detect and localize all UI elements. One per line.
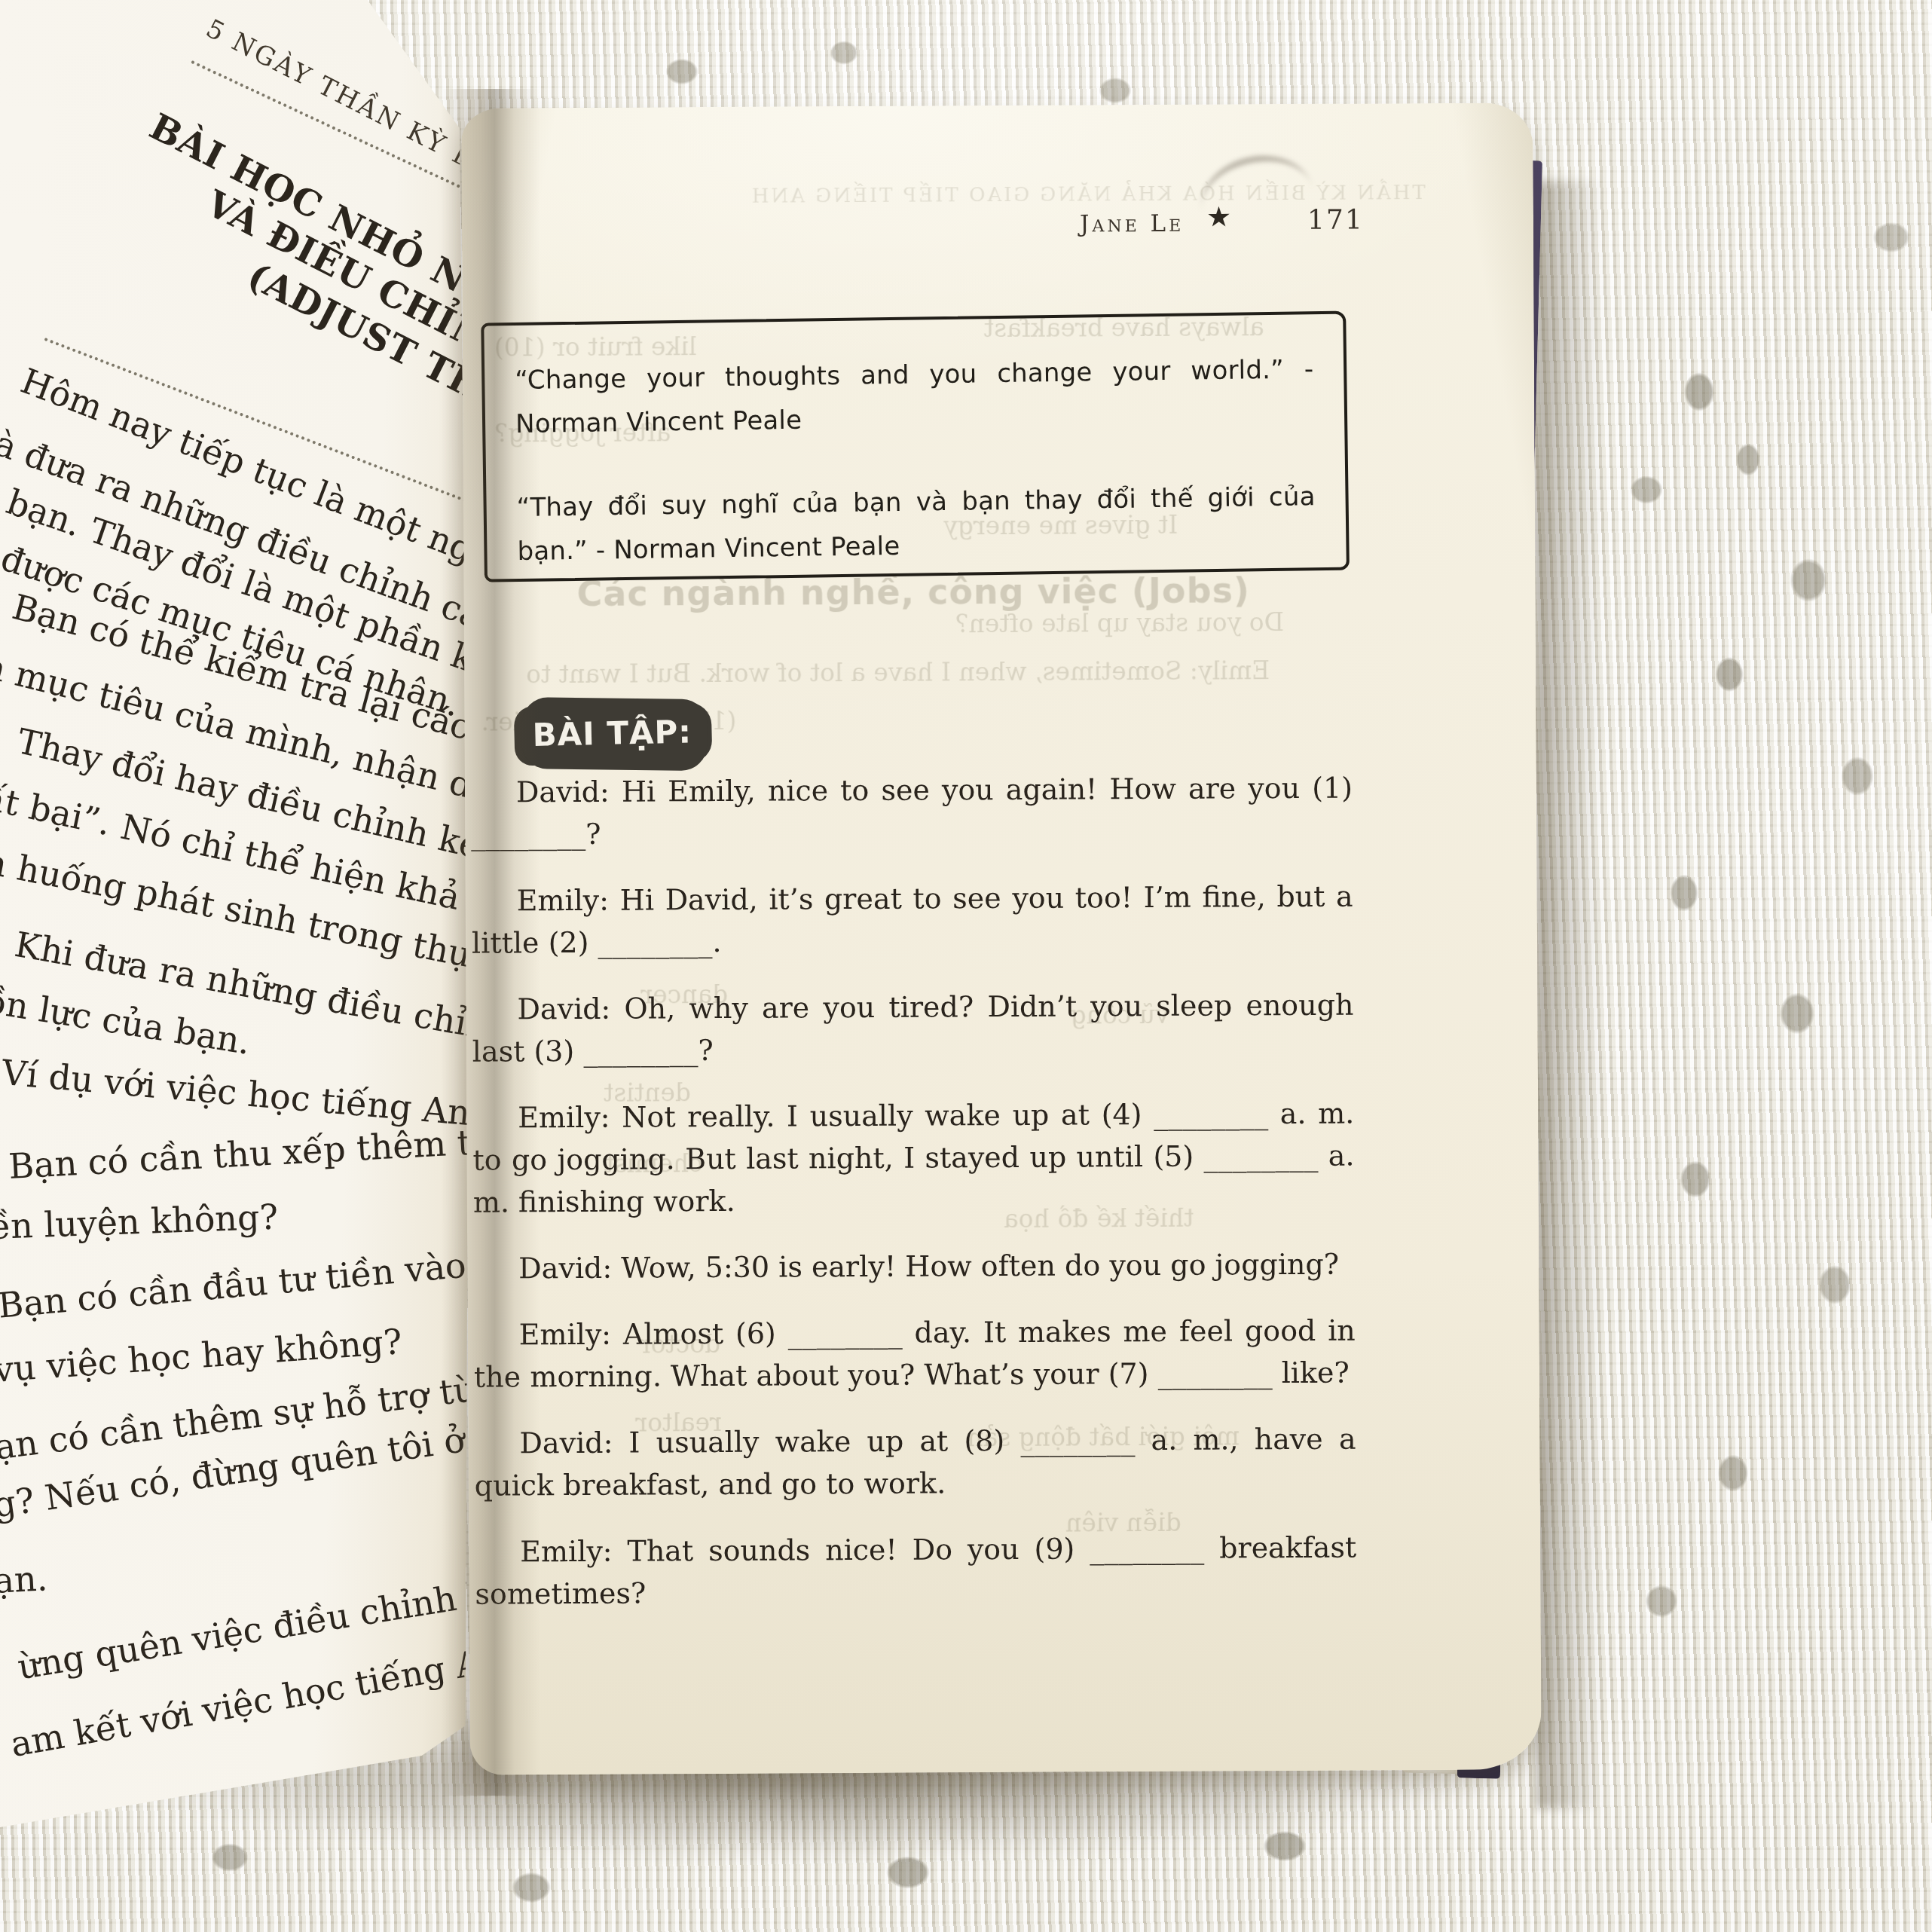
dialogue-paragraph: David: Hi Emily, nice to see you again! … — [471, 767, 1353, 856]
show-through-text: Do you stay up late often? — [955, 607, 1284, 638]
left-body-line: ạn. — [0, 1558, 48, 1601]
show-through-text: Emily: Sometimes, when I have a lot of w… — [526, 656, 1270, 689]
page-header-author: Jane Le — [1080, 210, 1184, 238]
book-side-shadow — [1536, 181, 1603, 1808]
star-icon: ★ — [1206, 200, 1231, 233]
exercise-label-badge: BÀI TẬP: — [514, 702, 712, 766]
open-book-photo: 5 NGÀY THẦN KỲ BIẾN HÓA KHẢ NĂNG GIAO BÀ… — [0, 0, 1932, 1932]
left-page: 5 NGÀY THẦN KỲ BIẾN HÓA KHẢ NĂNG GIAO BÀ… — [0, 0, 497, 1884]
dialogue-paragraph: David: Wow, 5:30 is early! How often do … — [473, 1243, 1355, 1290]
quote-vietnamese: “Thay đổi suy nghĩ của bạn và bạn thay đ… — [516, 475, 1316, 574]
left-body-line: ền luyện không? — [0, 1197, 279, 1247]
dialogue-paragraph: Emily: Almost (6) ________ day. It makes… — [474, 1310, 1356, 1399]
dialogue-paragraph: David: Oh, why are you tired? Didn’t you… — [472, 984, 1354, 1073]
dialogue-paragraph: David: I usually wake up at (8) ________… — [474, 1418, 1356, 1507]
show-through-text: THẦN KỲ BIẾN HÓA KHẢ NĂNG GIAO TIẾP TIẾN… — [750, 182, 1426, 208]
right-page: Các ngành nghề, công việc (Jobs) Do you … — [461, 102, 1542, 1775]
dialogue-block: David: Hi Emily, nice to see you again! … — [471, 767, 1357, 1640]
dialogue-paragraph: Emily: Not really. I usually wake up at … — [472, 1093, 1355, 1224]
page-number: 171 — [1307, 204, 1364, 235]
left-body-line: vụ việc học hay không? — [0, 1321, 403, 1390]
quote-english: “Change your thoughts and you change you… — [515, 347, 1315, 447]
dialogue-paragraph: Emily: That sounds nice! Do you (9) ____… — [475, 1527, 1357, 1616]
dialogue-paragraph: Emily: Hi David, it’s great to see you t… — [472, 876, 1354, 964]
quote-box: “Change your thoughts and you change you… — [481, 311, 1350, 582]
